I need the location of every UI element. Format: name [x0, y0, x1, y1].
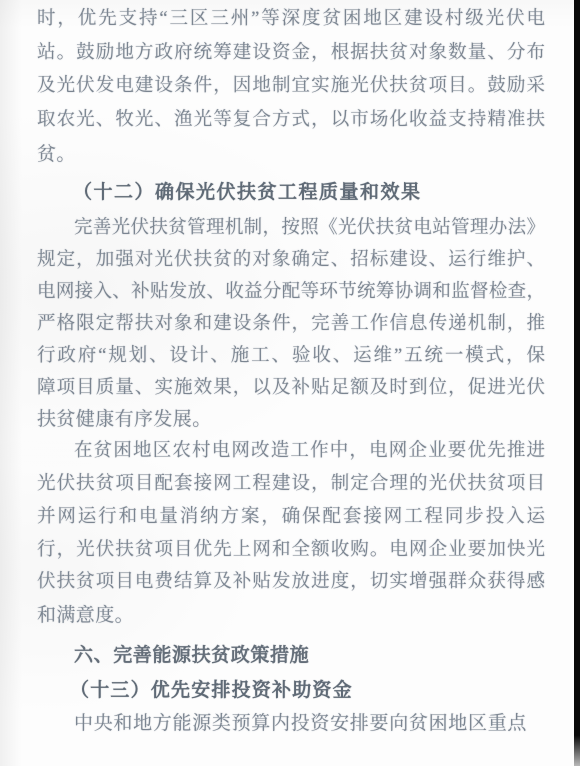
body-line: 障项目质量、实施效果，以及补贴足额及时到位，促进光伏	[37, 377, 545, 400]
body-line: 扶贫健康有序发展。	[37, 408, 212, 432]
body-line: 和满意度。	[37, 604, 134, 628]
section-heading-13: （十三）优先安排投资补助资金	[70, 679, 353, 703]
body-line: 光伏扶贫项目配套接网工程建设，制定合理的光伏扶贫项目	[37, 473, 545, 496]
document-page: 时，优先支持“三区三州”等深度贫困地区建设村级光伏电 站。鼓励地方政府统筹建设资…	[0, 0, 580, 766]
body-line: 及光伏发电建设条件，因地制宜实施光伏扶贫项目。鼓励采	[37, 75, 545, 98]
body-line: 并网运行和电量消纳方案，确保配套接网工程同步投入运	[37, 506, 545, 529]
body-line: 行，光伏扶贫项目优先上网和全额收购。电网企业要加快光	[37, 539, 545, 562]
body-line: 取农光、牧光、渔光等复合方式，以市场化收益支持精准扶	[37, 109, 545, 132]
body-line: 在贫困地区农村电网改造工作中，电网企业要优先推进	[37, 440, 545, 463]
body-line: 完善光伏扶贫管理机制，按照《光伏扶贫电站管理办法》	[37, 217, 545, 240]
body-line: 时，优先支持“三区三州”等深度贫困地区建设村级光伏电	[37, 8, 545, 31]
body-line: 行政府“规划、设计、施工、验收、运维”五统一模式，保	[37, 345, 545, 368]
scan-edge-shadow	[574, 0, 580, 766]
body-line: 伏扶贫项目电费结算及补贴发放进度，切实增强群众获得感	[37, 571, 545, 594]
body-line: 严格限定帮扶对象和建设条件，完善工作信息传递机制，推	[37, 313, 545, 336]
body-line: 电网接入、补贴发放、收益分配等环节统筹协调和监督检查，	[37, 281, 545, 304]
body-line: 站。鼓励地方政府统筹建设资金，根据扶贫对象数量、分布	[37, 42, 545, 65]
chapter-heading-6: 六、完善能源扶贫政策措施	[74, 644, 309, 668]
section-heading-12: （十二）确保光伏扶贫工程质量和效果	[73, 181, 422, 205]
body-line: 规定，加强对光伏扶贫的对象确定、招标建设、运行维护、	[37, 249, 545, 272]
body-line: 贫。	[37, 143, 76, 167]
body-line: 中央和地方能源类预算内投资安排要向贫困地区重点	[37, 712, 527, 736]
